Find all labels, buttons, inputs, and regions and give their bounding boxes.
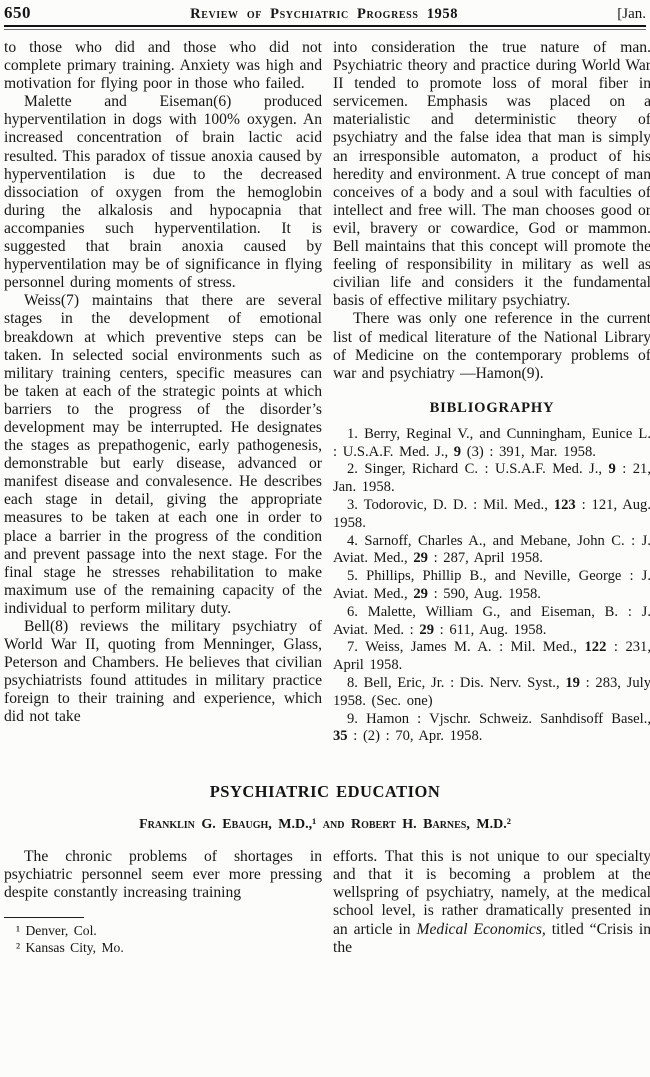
paragraph: Malette and Eiseman(6) produced hyperven…	[4, 93, 322, 292]
article1-body: to those who did and those who did not c…	[4, 39, 646, 746]
bibliography-entry: 3. Todorovic, D. D. : Mil. Med., 123 : 1…	[333, 497, 650, 533]
bibliography-entry: 7. Weiss, James M. A. : Mil. Med., 122 :…	[333, 639, 650, 675]
article2-left-paragraphs: The chronic problems of shortages in psy…	[4, 848, 322, 902]
bibliography-list: 1. Berry, Reginal V., and Cunningham, Eu…	[333, 426, 650, 746]
paragraph: There was only one reference in the curr…	[333, 310, 650, 382]
footnote: ¹ Denver, Col.	[4, 923, 322, 940]
footnote: ² Kansas City, Mo.	[4, 940, 322, 957]
issue-label: [Jan.	[617, 6, 646, 23]
bibliography-heading: BIBLIOGRAPHY	[333, 400, 650, 417]
article1-right-column: into consideration the true nature of ma…	[333, 39, 650, 746]
bibliography-entry: 8. Bell, Eric, Jr. : Dis. Nerv. Syst., 1…	[333, 675, 650, 711]
bibliography-entry: 4. Sarnoff, Charles A., and Mebane, John…	[333, 533, 650, 569]
article1-left-column: to those who did and those who did not c…	[4, 39, 322, 746]
article2-body: The chronic problems of shortages in psy…	[4, 848, 646, 957]
bibliography-entry: 9. Hamon : Vjschr. Schweiz. Sanhdisoff B…	[333, 711, 650, 747]
running-head: 650 Review of Psychiatric Progress 1958 …	[4, 3, 646, 23]
paragraph: Weiss(7) maintains that there are severa…	[4, 292, 322, 618]
bibliography-entry: 2. Singer, Richard C. : U.S.A.F. Med. J.…	[333, 461, 650, 497]
article2-left-column: The chronic problems of shortages in psy…	[4, 848, 322, 957]
article2-authors: Franklin G. Ebaugh, M.D.,¹ and Robert H.…	[4, 817, 646, 833]
paragraph: into consideration the true nature of ma…	[333, 39, 650, 310]
bibliography-entry: 1. Berry, Reginal V., and Cunningham, Eu…	[333, 426, 650, 462]
running-title: Review of Psychiatric Progress 1958	[31, 6, 617, 23]
page-number: 650	[4, 3, 31, 23]
paragraph: The chronic problems of shortages in psy…	[4, 848, 322, 902]
paragraph: to those who did and those who did not c…	[4, 39, 322, 93]
bibliography-entry: 6. Malette, William G., and Eiseman, B. …	[333, 604, 650, 640]
article2-right-column: efforts. That this is not unique to our …	[333, 848, 650, 957]
article2: PSYCHIATRIC EDUCATION Franklin G. Ebaugh…	[4, 782, 646, 957]
article2-title: PSYCHIATRIC EDUCATION	[4, 782, 646, 802]
footnote-rule	[4, 917, 84, 918]
paragraph: Bell(8) reviews the military psychiatry …	[4, 618, 322, 727]
header-rule	[4, 25, 646, 30]
footnotes: ¹ Denver, Col.² Kansas City, Mo.	[4, 923, 322, 957]
paragraph: efforts. That this is not unique to our …	[333, 848, 650, 957]
journal-page: 650 Review of Psychiatric Progress 1958 …	[0, 0, 650, 957]
article1-right-paragraphs: into consideration the true nature of ma…	[333, 39, 650, 383]
bibliography-entry: 5. Phillips, Phillip B., and Neville, Ge…	[333, 568, 650, 604]
